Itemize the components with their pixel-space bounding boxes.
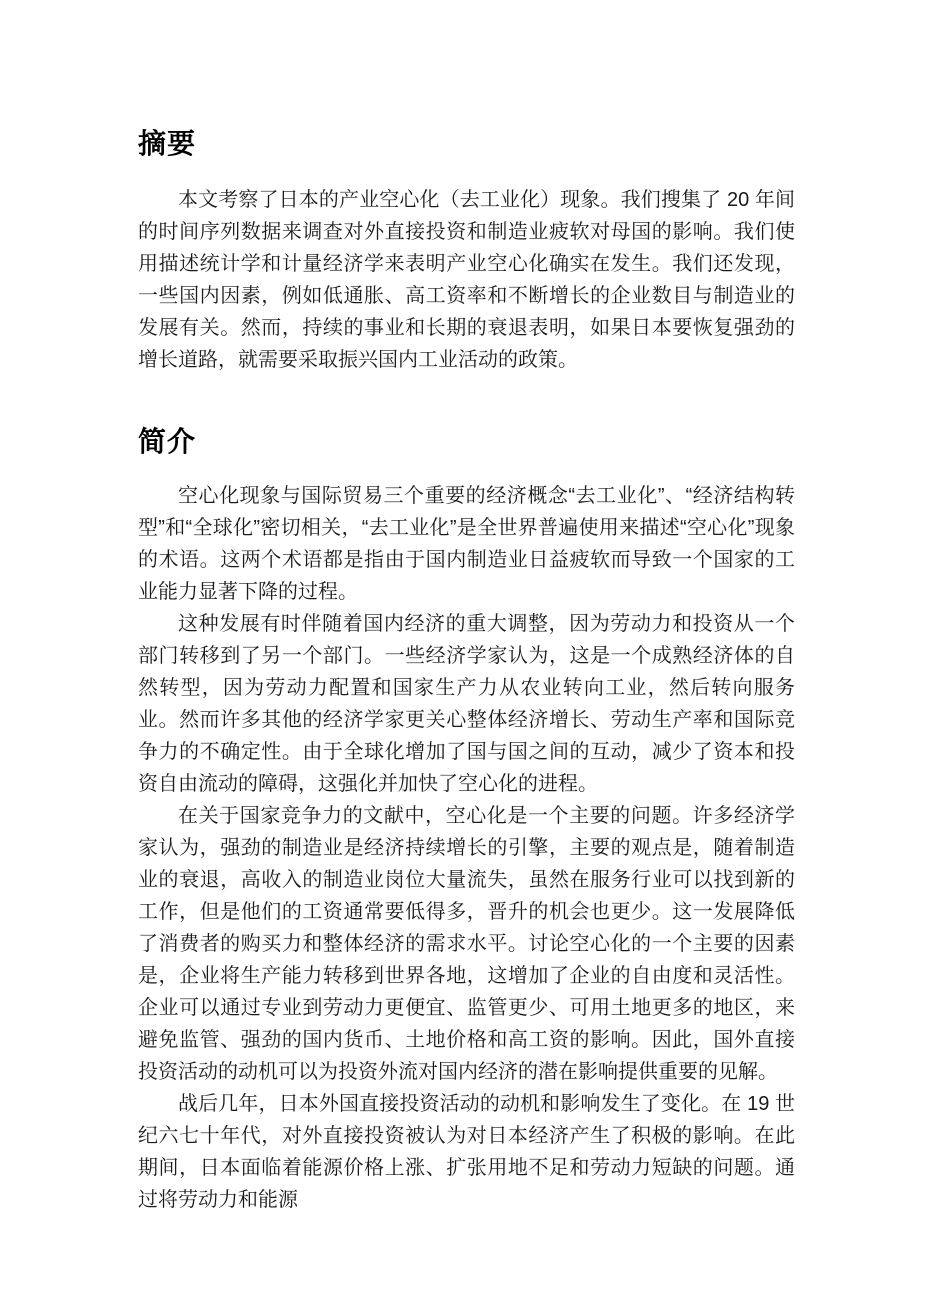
introduction-paragraph-3: 在关于国家竞争力的文献中，空心化是一个主要的问题。许多经济学家认为，强劲的制造业… (138, 800, 795, 1088)
introduction-heading: 简介 (138, 426, 795, 458)
document-page: 摘要 本文考察了日本的产业空心化（去工业化）现象。我们搜集了 20 年间的时间序… (0, 0, 925, 1309)
abstract-paragraph: 本文考察了日本的产业空心化（去工业化）现象。我们搜集了 20 年间的时间序列数据… (138, 184, 795, 376)
introduction-paragraph-4: 战后几年，日本外国直接投资活动的动机和影响发生了变化。在 19 世纪六七十年代，… (138, 1088, 795, 1216)
introduction-paragraph-1: 空心化现象与国际贸易三个重要的经济概念“去工业化”、“经济结构转型”和“全球化”… (138, 480, 795, 608)
introduction-paragraph-2: 这种发展有时伴随着国内经济的重大调整，因为劳动力和投资从一个部门转移到了另一个部… (138, 608, 795, 800)
abstract-heading: 摘要 (138, 128, 795, 160)
